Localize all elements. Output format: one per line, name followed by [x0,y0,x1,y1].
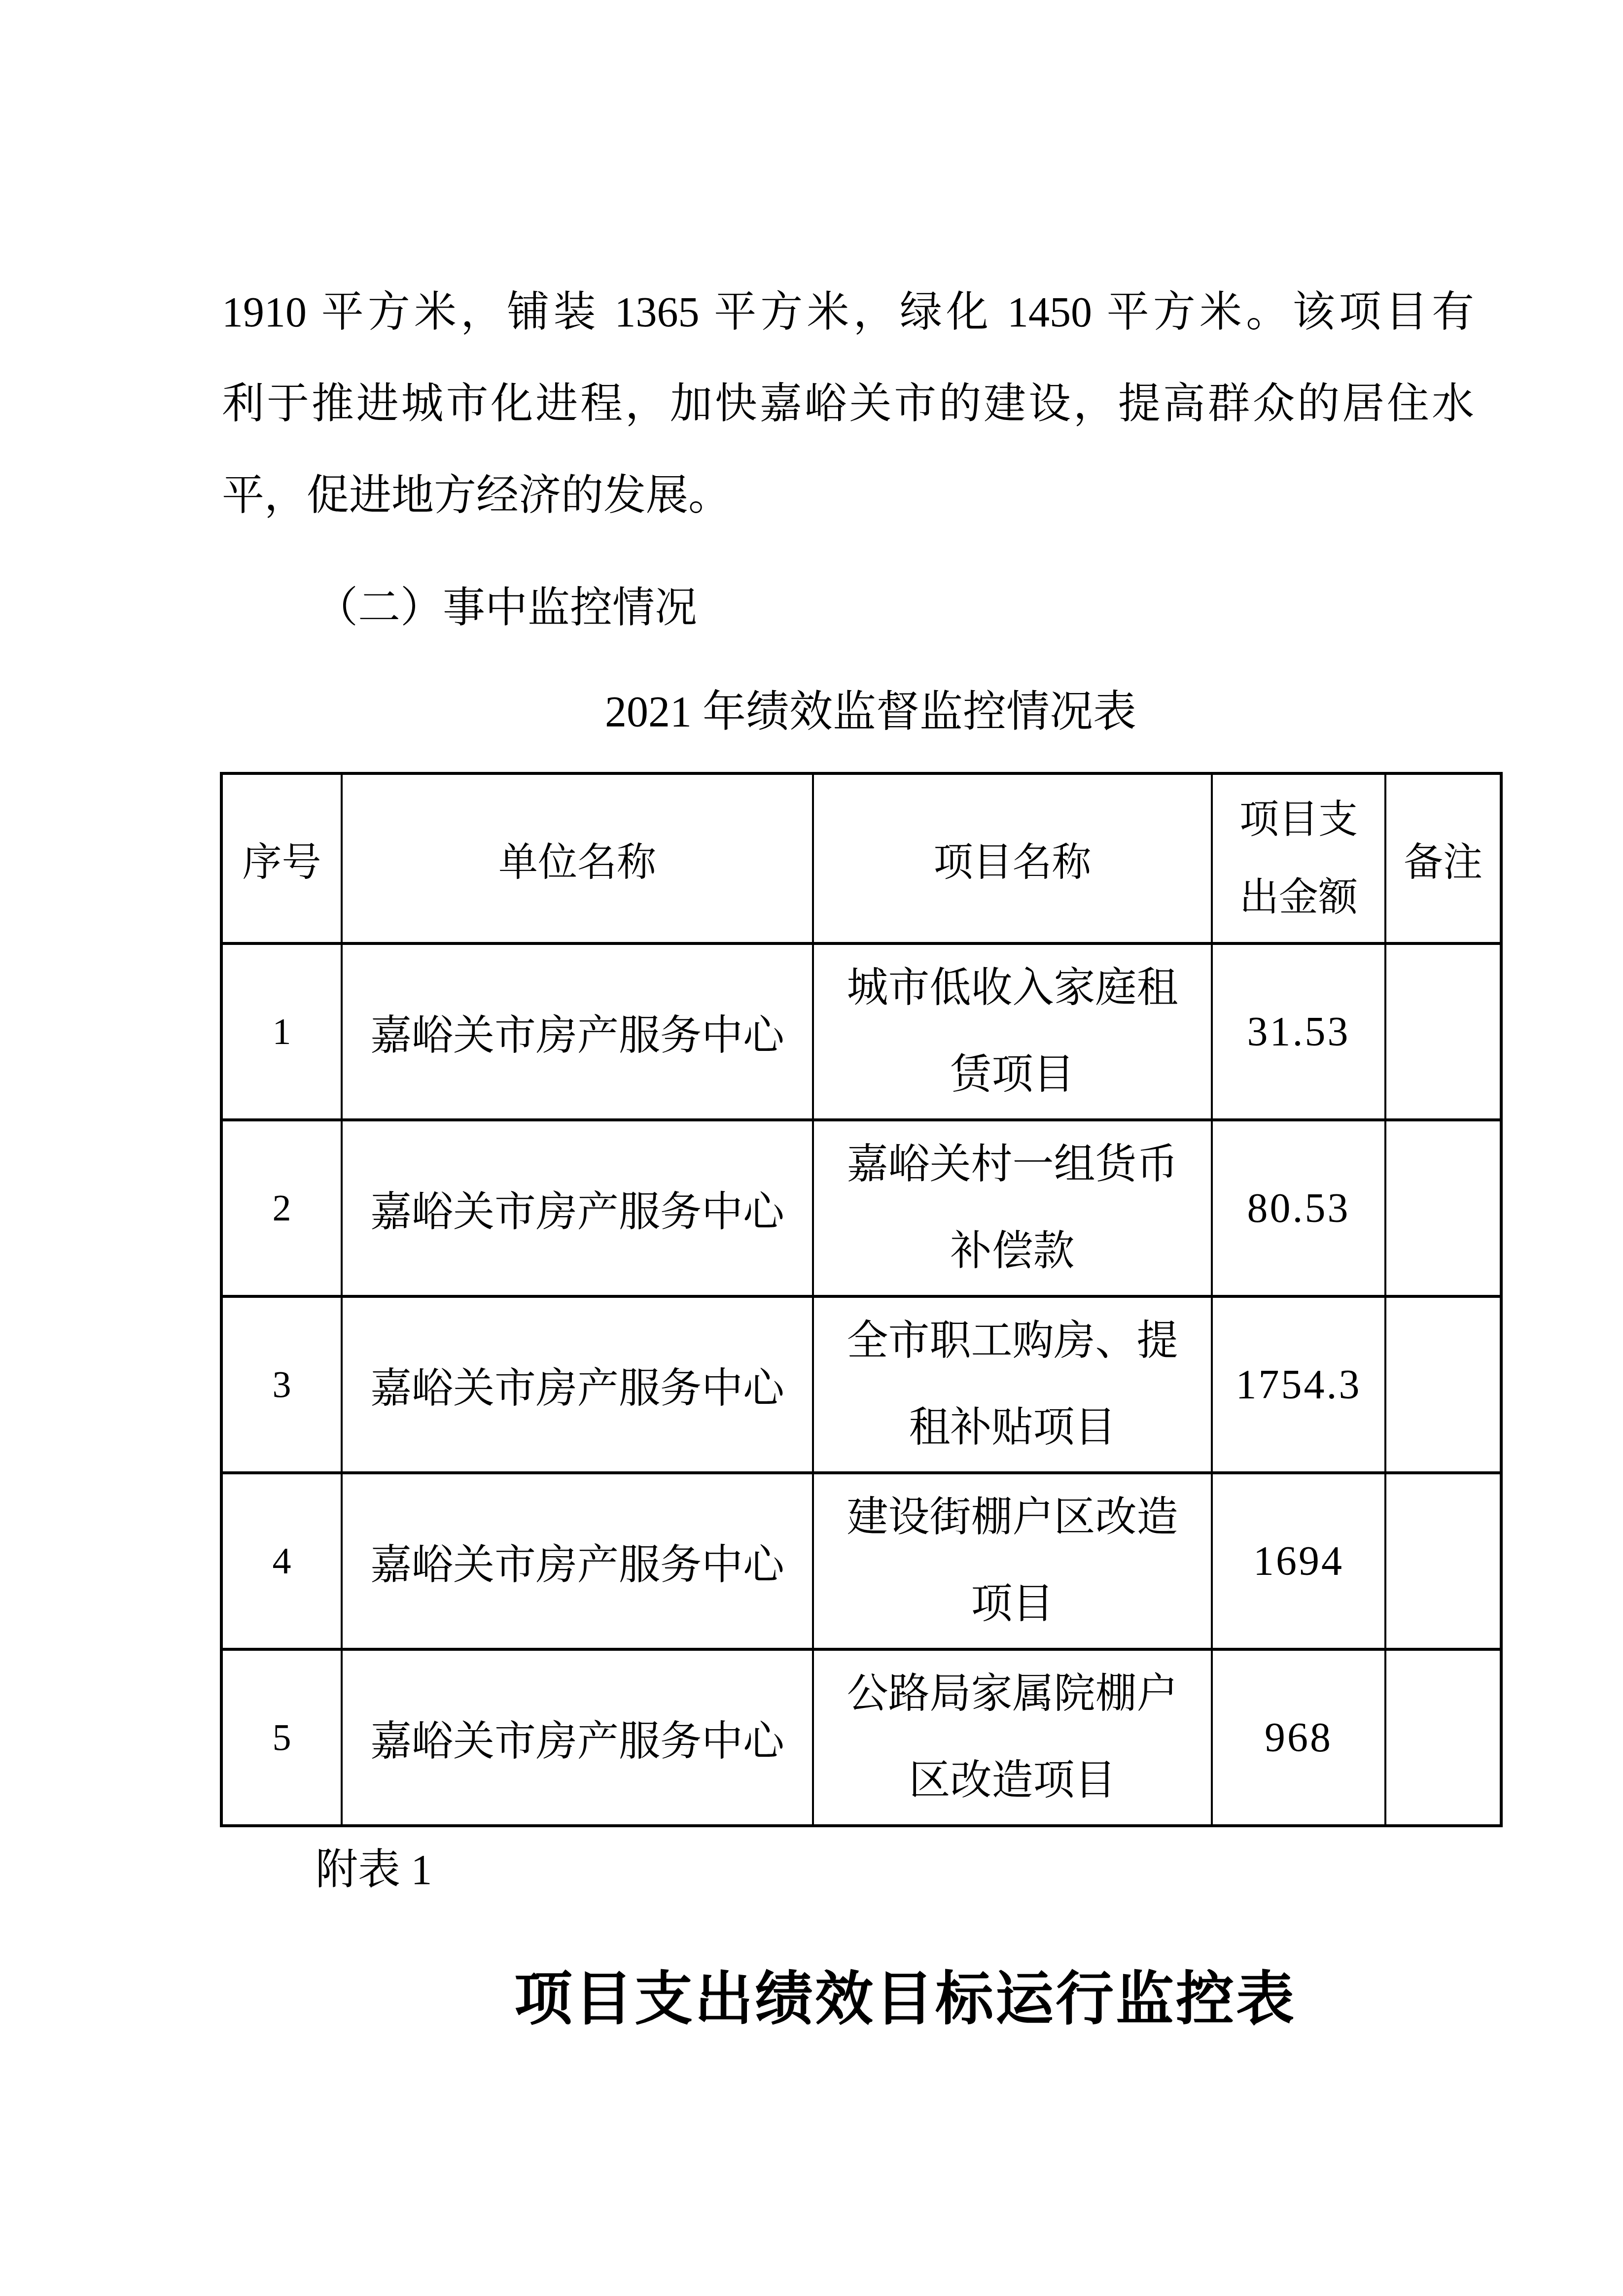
bottom-title: 项目支出绩效目标运行监控表 [0,1961,1623,2038]
cell-note [1385,943,1501,1120]
cell-amount: 968 [1212,1649,1385,1826]
cell-row-number: 5 [221,1649,342,1826]
cell-project-name: 城市低收入家庭租 赁项目 [813,943,1212,1120]
project-name-line: 城市低收入家庭租 [814,945,1211,1032]
section-heading: （二）事中监控情况 [316,562,697,654]
monitoring-table: 序号 单位名称 项目名称 项目支 出金额 备注 1 嘉峪关市房产服务中心 城市低… [220,772,1503,1827]
project-name-line: 公路局家属院棚户 [814,1651,1211,1738]
cell-note [1385,1296,1501,1473]
cell-row-number: 2 [221,1120,342,1296]
table-row: 5 嘉峪关市房产服务中心 公路局家属院棚户 区改造项目 968 [221,1649,1501,1826]
header-amount-line: 项目支 [1213,781,1384,859]
table-row: 4 嘉峪关市房产服务中心 建设街棚户区改造 项目 1694 [221,1473,1501,1649]
header-project: 项目名称 [813,773,1212,943]
cell-unit-name: 嘉峪关市房产服务中心 [342,1296,813,1473]
project-name-line: 嘉峪关村一组货币 [814,1121,1211,1208]
cell-unit-name: 嘉峪关市房产服务中心 [342,1649,813,1826]
project-name-line: 建设街棚户区改造 [814,1474,1211,1561]
cell-note [1385,1649,1501,1826]
cell-row-number: 3 [221,1296,342,1473]
project-name-line: 全市职工购房、提 [814,1298,1211,1385]
project-name-line: 项目 [814,1561,1211,1648]
table-row: 2 嘉峪关市房产服务中心 嘉峪关村一组货币 补偿款 80.53 [221,1120,1501,1296]
paragraph-line: 1910 平方米，铺装 1365 平方米，绿化 1450 平方米。该项目有 [222,266,1474,358]
cell-project-name: 建设街棚户区改造 项目 [813,1473,1212,1649]
paragraph-line: 平，促进地方经济的发展。 [222,450,1474,541]
cell-row-number: 1 [221,943,342,1120]
table-row: 1 嘉峪关市房产服务中心 城市低收入家庭租 赁项目 31.53 [221,943,1501,1120]
cell-amount: 80.53 [1212,1120,1385,1296]
cell-project-name: 公路局家属院棚户 区改造项目 [813,1649,1212,1826]
cell-note [1385,1473,1501,1649]
cell-unit-name: 嘉峪关市房产服务中心 [342,1120,813,1296]
project-name-line: 赁项目 [814,1032,1211,1118]
header-amount: 项目支 出金额 [1212,773,1385,943]
table-title: 2021 年绩效监督监控情况表 [0,666,1623,758]
project-name-line: 补偿款 [814,1208,1211,1295]
document-page: 1910 平方米，铺装 1365 平方米，绿化 1450 平方米。该项目有 利于… [0,0,1623,2296]
header-unit: 单位名称 [342,773,813,943]
body-paragraph: 1910 平方米，铺装 1365 平方米，绿化 1450 平方米。该项目有 利于… [222,266,1474,541]
cell-row-number: 4 [221,1473,342,1649]
project-name-line: 区改造项目 [814,1738,1211,1824]
cell-project-name: 嘉峪关村一组货币 补偿款 [813,1120,1212,1296]
appendix-label: 附表 1 [316,1824,432,1915]
cell-amount: 31.53 [1212,943,1385,1120]
table-row: 3 嘉峪关市房产服务中心 全市职工购房、提 租补贴项目 1754.3 [221,1296,1501,1473]
cell-unit-name: 嘉峪关市房产服务中心 [342,943,813,1120]
table-header-row: 序号 单位名称 项目名称 项目支 出金额 备注 [221,773,1501,943]
cell-project-name: 全市职工购房、提 租补贴项目 [813,1296,1212,1473]
project-name-line: 租补贴项目 [814,1385,1211,1471]
header-note: 备注 [1385,773,1501,943]
cell-note [1385,1120,1501,1296]
header-no: 序号 [221,773,342,943]
cell-amount: 1754.3 [1212,1296,1385,1473]
header-amount-line: 出金额 [1213,859,1384,937]
paragraph-line: 利于推进城市化进程，加快嘉峪关市的建设，提高群众的居住水 [222,358,1474,450]
cell-amount: 1694 [1212,1473,1385,1649]
cell-unit-name: 嘉峪关市房产服务中心 [342,1473,813,1649]
